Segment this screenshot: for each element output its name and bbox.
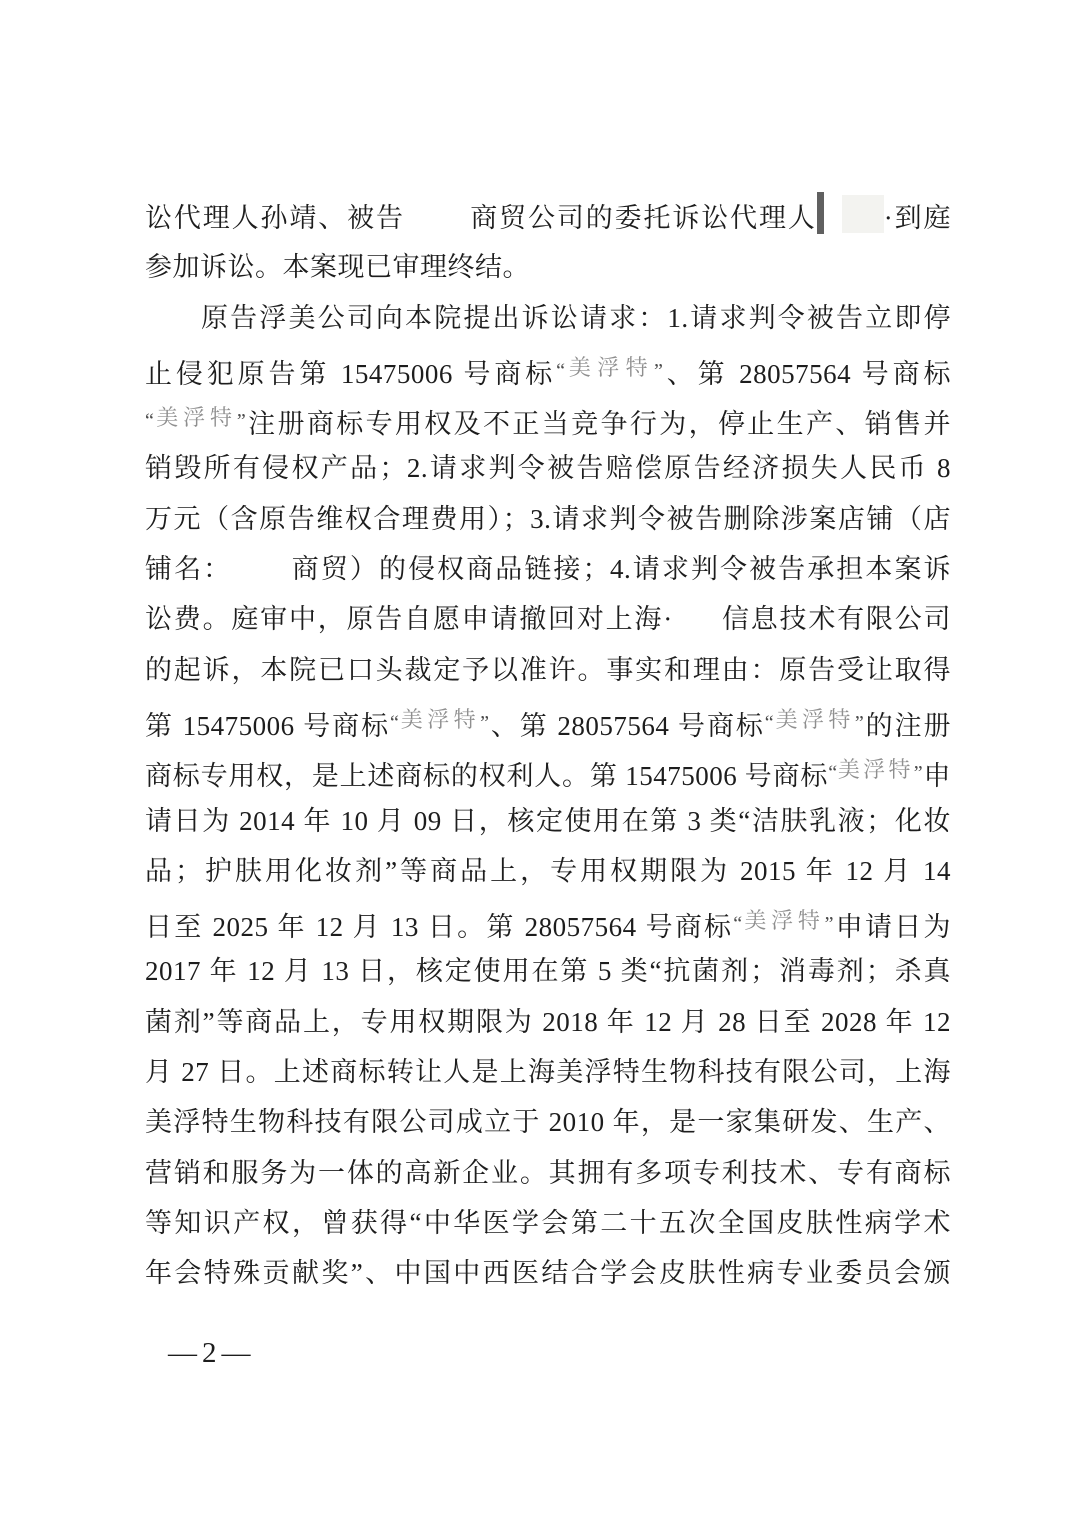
trademark-quote: ” (914, 762, 923, 784)
trademark-mark: 美浮特 (743, 908, 825, 933)
redaction-bar (817, 192, 824, 234)
text-segment: 的起诉，本院已口头裁定予以准许。事实和理由：原告受让取得 (145, 655, 951, 685)
text-segment: 月 27 日。上述商标转让人是上海美浮特生物科技有限公司，上海 (145, 1057, 951, 1087)
trademark-quote: ” (237, 410, 246, 432)
text-segment: 止侵犯原告第 15475006 号商标 (145, 359, 556, 389)
text-line: 原告浮美公司向本院提出诉讼请求：1.请求判令被告立即停 (145, 293, 951, 343)
text-line: 2017 年 12 月 13 日，核定使用在第 5 类“抗菌剂；消毒剂；杀真 (145, 946, 951, 996)
trademark-mark: 美浮特 (154, 405, 236, 430)
text-segment: 、第 28057564 号商标 (663, 359, 951, 389)
text-line: 销毁所有侵权产品；2.请求判令被告赔偿原告经济损失人民币 8 (145, 443, 951, 493)
text-segment: 万元（含原告维权合理费用）；3.请求判令被告删除涉案店铺（店 (145, 504, 951, 534)
trademark-quote: “ (145, 410, 154, 432)
redaction-shade (842, 195, 884, 233)
trademark-quote: ” (654, 360, 663, 382)
text-segment: 商标专用权，是上述商标的权利人。第 15475006 号商标 (145, 761, 828, 791)
text-segment: 讼代理人孙靖、被告 (145, 203, 405, 233)
trademark-mark: 美浮特 (399, 707, 480, 732)
text-segment: 商贸）的侵权商品链接；4.请求判令被告承担本案诉 (290, 554, 951, 584)
text-segment: ·到庭 (884, 203, 951, 233)
text-segment: 申 (923, 761, 951, 791)
redacted-gap (232, 568, 290, 578)
text-segment: 第 15475006 号商标 (145, 711, 390, 741)
text-line: 参加诉讼。本案现已审理终结。 (145, 242, 951, 292)
trademark-quote: ” (825, 913, 834, 935)
text-segment: 申请日为 (834, 912, 951, 942)
text-line: “美浮特”注册商标专用权及不正当竞争行为，停止生产、销售并 (145, 393, 951, 443)
page-number: —2— (168, 1337, 256, 1370)
trademark-mark: 美浮特 (838, 757, 914, 782)
text-line: 铺名：商贸）的侵权商品链接；4.请求判令被告承担本案诉 (145, 544, 951, 594)
trademark-mark: 美浮特 (566, 355, 655, 380)
text-line: 年会特殊贡献奖”、中国中西医结合学会皮肤性病专业委员会颁 (145, 1248, 951, 1298)
text-segment: 销毁所有侵权产品；2.请求判令被告赔偿原告经济损失人民币 8 (145, 453, 951, 483)
text-line: 第 15475006 号商标“美浮特”、第 28057564 号商标“美浮特”的… (145, 695, 951, 745)
text-segment: 商贸公司的委托诉讼代理人 (469, 203, 817, 233)
trademark-quote: “ (556, 360, 565, 382)
text-line: 美浮特生物科技有限公司成立于 2010 年，是一家集研发、生产、 (145, 1097, 951, 1147)
document-page: 讼代理人孙靖、被告商贸公司的委托诉讼代理人·到庭参加诉讼。本案现已审理终结。原告… (0, 0, 1080, 1527)
text-segment: 年会特殊贡献奖”、中国中西医结合学会皮肤性病专业委员会颁 (145, 1258, 951, 1288)
text-line: 菌剂”等商品上，专用权期限为 2018 年 12 月 28 日至 2028 年 … (145, 997, 951, 1047)
trademark-quote: “ (765, 712, 774, 734)
text-line: 品；护肤用化妆剂”等商品上，专用权期限为 2015 年 12 月 14 (145, 846, 951, 896)
text-line: 日至 2025 年 12 月 13 日。第 28057564 号商标“美浮特”申… (145, 896, 951, 946)
trademark-quote: “ (828, 762, 837, 784)
text-segment: 品；护肤用化妆剂”等商品上，专用权期限为 2015 年 12 月 14 (145, 856, 951, 886)
text-segment: 2017 年 12 月 13 日，核定使用在第 5 类“抗菌剂；消毒剂；杀真 (145, 956, 951, 986)
text-segment: 原告浮美公司向本院提出诉讼请求：1.请求判令被告立即停 (201, 303, 951, 333)
trademark-mark: 美浮特 (774, 707, 855, 732)
text-segment: 信息技术有限公司 (721, 604, 951, 634)
text-line: 的起诉，本院已口头裁定予以准许。事实和理由：原告受让取得 (145, 645, 951, 695)
text-line: 万元（含原告维权合理费用）；3.请求判令被告删除涉案店铺（店 (145, 494, 951, 544)
text-line: 营销和服务为一体的高新企业。其拥有多项专利技术、专有商标 (145, 1148, 951, 1198)
text-segment: 请日为 2014 年 10 月 09 日，核定使用在第 3 类“洁肤乳液；化妆 (145, 806, 951, 836)
document-body: 讼代理人孙靖、被告商贸公司的委托诉讼代理人·到庭参加诉讼。本案现已审理终结。原告… (145, 192, 951, 1299)
text-segment: 铺名： (145, 554, 232, 584)
text-line: 请日为 2014 年 10 月 09 日，核定使用在第 3 类“洁肤乳液；化妆 (145, 796, 951, 846)
text-segment: 参加诉讼。本案现已审理终结。 (145, 252, 530, 282)
text-segment: 的注册 (864, 711, 951, 741)
text-line: 等知识产权，曾获得“中华医学会第二十五次全国皮肤性病学术 (145, 1198, 951, 1248)
text-segment: 等知识产权，曾获得“中华医学会第二十五次全国皮肤性病学术 (145, 1208, 951, 1238)
text-segment: 美浮特生物科技有限公司成立于 2010 年，是一家集研发、生产、 (145, 1107, 951, 1137)
redacted-gap (824, 217, 842, 227)
trademark-quote: “ (390, 712, 399, 734)
text-line: 月 27 日。上述商标转让人是上海美浮特生物科技有限公司，上海 (145, 1047, 951, 1097)
text-segment: 营销和服务为一体的高新企业。其拥有多项专利技术、专有商标 (145, 1158, 951, 1188)
text-line: 止侵犯原告第 15475006 号商标“美浮特”、第 28057564 号商标 (145, 343, 951, 393)
text-line: 商标专用权，是上述商标的权利人。第 15475006 号商标“美浮特”申 (145, 745, 951, 795)
text-segment: 菌剂”等商品上，专用权期限为 2018 年 12 月 28 日至 2028 年 … (145, 1007, 951, 1037)
text-segment: 讼费。庭审中，原告自愿申请撤回对上海· (145, 604, 673, 634)
redacted-gap (673, 618, 721, 628)
trademark-quote: “ (733, 913, 742, 935)
text-segment: 注册商标专用权及不正当竞争行为，停止生产、销售并 (246, 409, 951, 439)
trademark-quote: ” (855, 712, 864, 734)
text-line: 讼费。庭审中，原告自愿申请撤回对上海·信息技术有限公司 (145, 594, 951, 644)
text-segment: 日至 2025 年 12 月 13 日。第 28057564 号商标 (145, 912, 733, 942)
text-line: 讼代理人孙靖、被告商贸公司的委托诉讼代理人·到庭 (145, 192, 951, 242)
redacted-gap (405, 217, 469, 227)
text-segment: 、第 28057564 号商标 (489, 711, 764, 741)
